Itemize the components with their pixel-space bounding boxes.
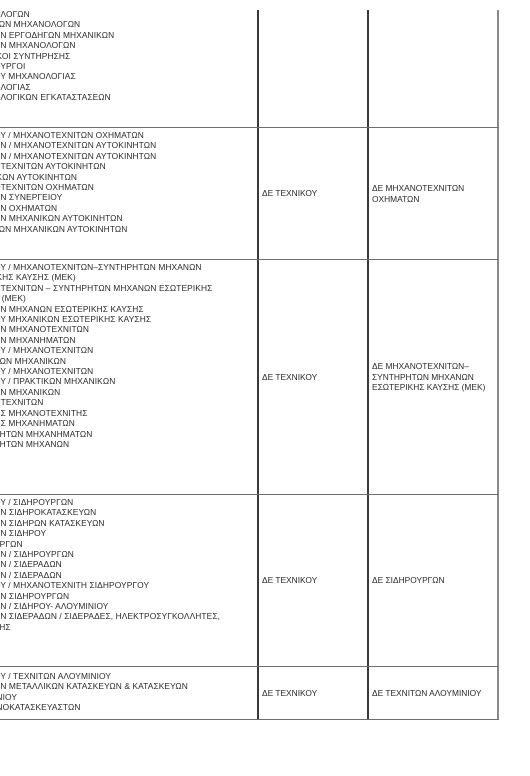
specialty-line: ΩΝ ΣΥΝΕΡΓΕΙΟΥ: [0, 192, 256, 202]
column-divider: [257, 495, 259, 666]
specialty-line: ΟΥ / ΜΗΧΑΝΟΤΕΧΝΙΤΩΝ–ΣΥΝΤΗΡΗΤΩΝ ΜΗΧΑΝΩΝ: [0, 262, 256, 272]
specialty-line: ΙΝΟΚΑΤΑΣΚΕΥΑΣΤΩΝ: [0, 702, 256, 712]
table-row: ΟΥ / ΤΕΧΝΙΤΩΝ ΑΛΟΥΜΙΝΙΟΥΩΝ ΜΕΤΑΛΛΙΚΩΝ ΚΑ…: [0, 667, 499, 720]
column-divider: [367, 10, 369, 127]
specialty-line: ΟΥ ΜΗΧΑΝΟΛΟΓΙΑΣ: [0, 71, 256, 81]
specialty-line: ΙΚΗΣ ΚΑΥΣΗΣ (ΜΕΚ): [0, 272, 256, 282]
specialty-line: ΩΝ ΣΙΔΗΡΟΥΡΓΩΝ: [0, 591, 256, 601]
specialty-line: ΟΥ / ΣΙΔΗΡΟΥΡΓΩΝ: [0, 497, 256, 507]
column-divider: [257, 667, 259, 719]
specialty-line: ΩΝ ΣΙΔΕΡΑΔΩΝ / ΣΙΔΕΡΑΔΕΣ, ΗΛΕΚΤΡΟΣΥΓΚΟΛΛ…: [0, 611, 256, 621]
specialty-line: ΩΝ ΕΡΓΟΔΗΓΩΝ ΜΗΧΑΝΙΚΩΝ: [0, 30, 256, 40]
column-divider: [367, 260, 369, 494]
specialties-cell: ΟΛΟΓΩΝΓΩΝ ΜΗΧΑΝΟΛΟΓΩΝΩΝ ΕΡΓΟΔΗΓΩΝ ΜΗΧΑΝΙ…: [0, 9, 256, 103]
specialty-line: ΩΝ ΜΗΧΑΝΙΚΩΝ: [0, 387, 256, 397]
specialty-line: ΓΩΝ ΜΗΧΑΝΟΛΟΓΩΝ: [0, 19, 256, 29]
specialties-cell: ΟΥ / ΤΕΧΝΙΤΩΝ ΑΛΟΥΜΙΝΙΟΥΩΝ ΜΕΤΑΛΛΙΚΩΝ ΚΑ…: [0, 671, 256, 713]
target-cell: ΔΕ ΣΙΔΗΡΟΥΡΓΩΝ: [372, 495, 496, 666]
target-text: ΔΕ ΣΙΔΗΡΟΥΡΓΩΝ: [372, 575, 445, 586]
specialty-line: ΣΗΣ: [0, 622, 256, 632]
specialty-line: ΩΝ / ΜΗΧΑΝΟΤΕΧΝΙΤΩΝ ΑΥΤΟΚΙΝΗΤΩΝ: [0, 151, 256, 161]
specialty-line: ΩΝ ΟΧΗΜΑΤΩΝ: [0, 203, 256, 213]
column-divider: [367, 495, 369, 666]
category-cell: ΔΕ ΤΕΧΝΙΚΟΥ: [262, 495, 362, 666]
table-right-border: [497, 260, 499, 494]
column-divider: [257, 128, 259, 259]
table-row: ΟΥ / ΜΗΧΑΝΟΤΕΧΝΙΤΩΝ–ΣΥΝΤΗΡΗΤΩΝ ΜΗΧΑΝΩΝΙΚ…: [0, 260, 499, 495]
target-cell: ΔΕ ΜΗΧΑΝΟΤΕΧΝΙΤΩΝ– ΣΥΝΤΗΡΗΤΩΝ ΜΗΧΑΝΩΝ ΕΣ…: [372, 260, 496, 494]
column-divider: [257, 260, 259, 494]
target-text: ΔΕ ΜΗΧΑΝΟΤΕΧΝΙΤΩΝ ΟΧΗΜΑΤΩΝ: [372, 183, 464, 204]
column-divider: [257, 10, 259, 127]
table-right-border: [497, 128, 499, 259]
specialty-line: ΟΥ / ΤΕΧΝΙΤΩΝ ΑΛΟΥΜΙΝΙΟΥ: [0, 671, 256, 681]
specialty-line: ΩΝ / ΣΙΔΕΡΑΔΩΝ: [0, 570, 256, 580]
specialty-line: ΟΥ ΜΗΧΑΝΙΚΩΝ ΕΣΩΤΕΡΙΚΗΣ ΚΑΥΣΗΣ: [0, 314, 256, 324]
specialty-line: ΩΝ ΣΙΔΗΡΟΚΑΤΑΣΚΕΥΩΝ: [0, 507, 256, 517]
specialty-line: ΩΝ / ΜΗΧΑΝΟΤΕΧΝΙΤΩΝ ΑΥΤΟΚΙΝΗΤΩΝ: [0, 140, 256, 150]
category-cell: ΔΕ ΤΕΧΝΙΚΟΥ: [262, 260, 362, 494]
specialty-line: ΩΝ ΜΕΤΑΛΛΙΚΩΝ ΚΑΤΑΣΚΕΥΩΝ & ΚΑΤΑΣΚΕΥΩΝ: [0, 681, 256, 691]
specialty-line: ΟΣ ΜΗΧΑΝΗΜΑΤΩΝ: [0, 418, 256, 428]
specialty-line: ΩΝ ΣΙΔΗΡΟΥ: [0, 528, 256, 538]
specialty-line: ΟΥ / ΜΗΧΑΝΟΤΕΧΝΙΤΗ ΣΙΔΗΡΟΥΡΓΟΥ: [0, 580, 256, 590]
specialty-line: ΟΛΟΓΙΚΩΝ ΕΓΚΑΤΑΣΤΑΣΕΩΝ: [0, 92, 256, 102]
specialty-line: ΟΥ / ΜΗΧΑΝΟΤΕΧΝΙΤΩΝ: [0, 345, 256, 355]
specialties-cell: ΟΥ / ΜΗΧΑΝΟΤΕΧΝΙΤΩΝ ΟΧΗΜΑΤΩΝΩΝ / ΜΗΧΑΝΟΤ…: [0, 130, 256, 234]
category-cell: [262, 10, 362, 127]
specialty-line: ΚΩΝ ΜΗΧΑΝΙΚΩΝ: [0, 356, 256, 366]
table-row: ΟΥ / ΜΗΧΑΝΟΤΕΧΝΙΤΩΝ ΟΧΗΜΑΤΩΝΩΝ / ΜΗΧΑΝΟΤ…: [0, 128, 499, 260]
specialty-line: ΟΛΟΓΙΑΣ: [0, 82, 256, 92]
specialty-line: ΩΝ / ΣΙΔΗΡΟΥ- ΑΛΟΥΜΙΝΙΟΥ: [0, 601, 256, 611]
specialties-cell: ΟΥ / ΜΗΧΑΝΟΤΕΧΝΙΤΩΝ–ΣΥΝΤΗΡΗΤΩΝ ΜΗΧΑΝΩΝΙΚ…: [0, 262, 256, 449]
specialty-line: ΟΥ / ΠΡΑΚΤΙΚΩΝ ΜΗΧΑΝΙΚΩΝ: [0, 376, 256, 386]
specialty-line: ΟΤΕΧΝΙΤΩΝ – ΣΥΝΤΗΡΗΤΩΝ ΜΗΧΑΝΩΝ ΕΣΩΤΕΡΙΚΗ…: [0, 283, 256, 293]
target-text: ΔΕ ΜΗΧΑΝΟΤΕΧΝΙΤΩΝ– ΣΥΝΤΗΡΗΤΩΝ ΜΗΧΑΝΩΝ ΕΣ…: [372, 361, 485, 393]
specialty-line: ΟΥ / ΜΗΧΑΝΟΤΕΧΝΙΤΩΝ: [0, 366, 256, 376]
specialty-line: ΟΥΡΓΟΙ: [0, 61, 256, 71]
specialty-line: ΡΗΤΩΝ ΜΗΧΑΝΩΝ: [0, 439, 256, 449]
specialty-line: ΟΤΕΧΝΙΤΩΝ ΑΥΤΟΚΙΝΗΤΩΝ: [0, 161, 256, 171]
specialty-line: ΡΗΤΩΝ ΜΗΧΑΝΗΜΑΤΩΝ: [0, 429, 256, 439]
specialty-line: ΩΝ ΜΗΧΑΝΗΜΑΤΩΝ: [0, 335, 256, 345]
specialty-line: ΩΝ ΜΗΧΑΝΟΛΟΓΩΝ: [0, 40, 256, 50]
column-divider: [367, 667, 369, 719]
target-cell: [372, 10, 496, 127]
specialty-line: ΩΝ / ΣΙΔΕΡΑΔΩΝ: [0, 559, 256, 569]
table-right-border: [497, 667, 499, 719]
specialty-line: ΓΩΝ ΜΗΧΑΝΙΚΩΝ ΑΥΤΟΚΙΝΗΤΩΝ: [0, 224, 256, 234]
specialty-line: ΩΝ ΜΗΧΑΝΙΚΩΝ ΑΥΤΟΚΙΝΗΤΩΝ: [0, 213, 256, 223]
table-right-border: [497, 10, 499, 127]
specialty-line: ΙΝΙΟΥ: [0, 692, 256, 702]
specialty-line: ΟΤΕΧΝΙΤΩΝ ΟΧΗΜΑΤΩΝ: [0, 182, 256, 192]
target-text: ΔΕ ΤΕΧΝΙΤΩΝ ΑΛΟΥΜΙΝΙΟΥ: [372, 688, 482, 699]
table-row: ΟΥ / ΣΙΔΗΡΟΥΡΓΩΝΩΝ ΣΙΔΗΡΟΚΑΤΑΣΚΕΥΩΝΩΝ ΣΙ…: [0, 495, 499, 667]
specialty-line: ΙΚΟΙ ΣΥΝΤΗΡΗΣΗΣ: [0, 51, 256, 61]
specialty-line: ΟΤΕΧΝΙΤΩΝ: [0, 397, 256, 407]
table-row: ΟΛΟΓΩΝΓΩΝ ΜΗΧΑΝΟΛΟΓΩΝΩΝ ΕΡΓΟΔΗΓΩΝ ΜΗΧΑΝΙ…: [0, 10, 499, 128]
specialties-cell: ΟΥ / ΣΙΔΗΡΟΥΡΓΩΝΩΝ ΣΙΔΗΡΟΚΑΤΑΣΚΕΥΩΝΩΝ ΣΙ…: [0, 497, 256, 632]
target-cell: ΔΕ ΤΕΧΝΙΤΩΝ ΑΛΟΥΜΙΝΙΟΥ: [372, 667, 496, 719]
specialty-line: ΩΝ / ΣΙΔΗΡΟΥΡΓΩΝ: [0, 549, 256, 559]
specialty-line: ΩΝ ΜΗΧΑΝΟΤΕΧΝΙΤΩΝ: [0, 324, 256, 334]
category-cell: ΔΕ ΤΕΧΝΙΚΟΥ: [262, 128, 362, 259]
specialty-line: ΩΝ ΜΗΧΑΝΩΝ ΕΣΩΤΕΡΙΚΗΣ ΚΑΥΣΗΣ: [0, 304, 256, 314]
specialty-line: ΙΚΩΝ ΑΥΤΟΚΙΝΗΤΩΝ: [0, 172, 256, 182]
specialty-line: ΩΝ ΣΙΔΗΡΩΝ ΚΑΤΑΣΚΕΥΩΝ: [0, 518, 256, 528]
specialty-line: ΟΣ ΜΗΧΑΝΟΤΕΧΝΙΤΗΣ: [0, 408, 256, 418]
category-cell: ΔΕ ΤΕΧΝΙΚΟΥ: [262, 667, 362, 719]
specialty-line: ΥΡΓΩΝ: [0, 539, 256, 549]
document-page: ΟΛΟΓΩΝΓΩΝ ΜΗΧΑΝΟΛΟΓΩΝΩΝ ΕΡΓΟΔΗΓΩΝ ΜΗΧΑΝΙ…: [0, 0, 530, 776]
specialty-line: ΟΛΟΓΩΝ: [0, 9, 256, 19]
specialty-line: Σ (ΜΕΚ): [0, 293, 256, 303]
column-divider: [367, 128, 369, 259]
target-cell: ΔΕ ΜΗΧΑΝΟΤΕΧΝΙΤΩΝ ΟΧΗΜΑΤΩΝ: [372, 128, 496, 259]
specialty-line: ΟΥ / ΜΗΧΑΝΟΤΕΧΝΙΤΩΝ ΟΧΗΜΑΤΩΝ: [0, 130, 256, 140]
table-right-border: [497, 495, 499, 666]
